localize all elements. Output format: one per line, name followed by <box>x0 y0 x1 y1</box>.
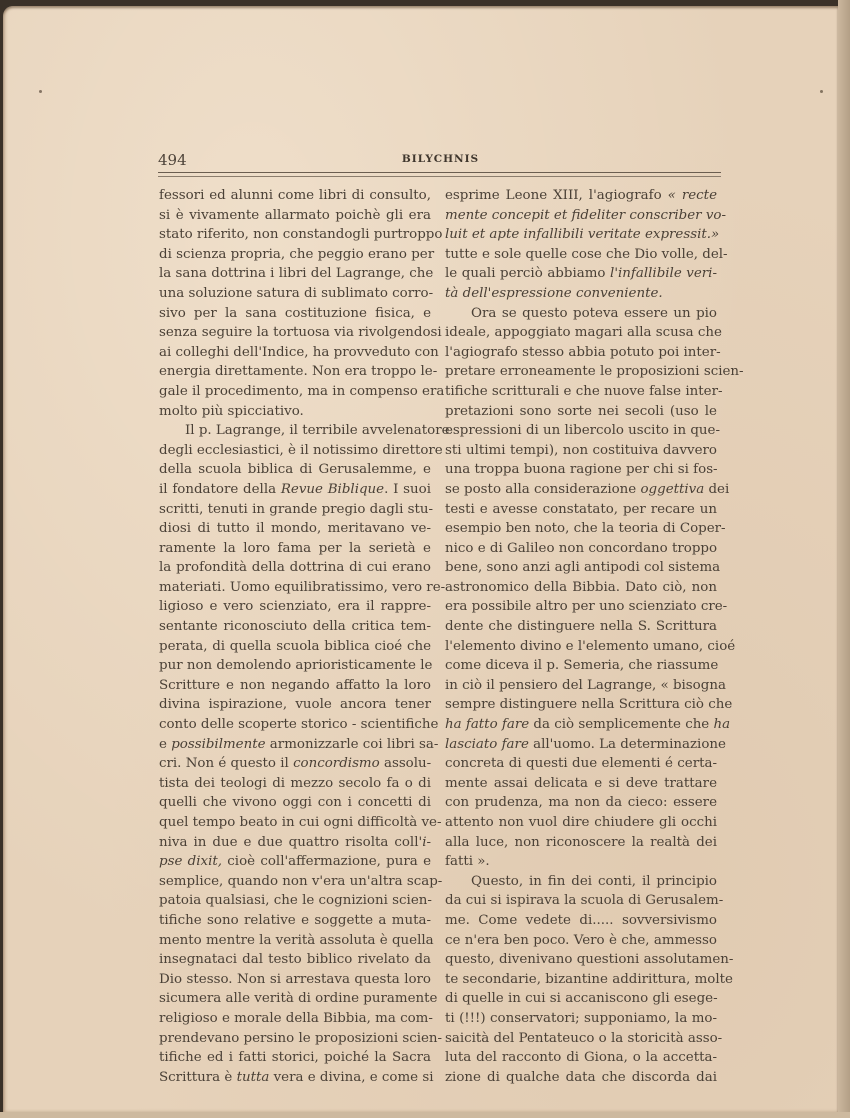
text-line: questo, divenivano questioni assolutamen… <box>445 950 717 970</box>
text-line: tista dei teologi di mezzo secolo fa o d… <box>159 774 431 794</box>
text-line: se posto alla considerazione oggettiva d… <box>445 480 717 500</box>
text-line: conto delle scoperte storico - scientifi… <box>159 715 431 735</box>
italic-word: possibilmente <box>171 737 265 752</box>
text-line: te secondarie, bizantine addirittura, mo… <box>445 970 717 990</box>
header-rule <box>158 172 721 177</box>
text-line: di quelle in cui si accaniscono gli eseg… <box>445 989 717 1009</box>
text-line: stato riferito, non constandogli purtrop… <box>159 225 431 245</box>
text-line: pse dixit, cioè coll'affermazione, pura … <box>159 852 431 872</box>
text-line: senza seguire la tortuosa via rivolgendo… <box>159 323 431 343</box>
ink-speck <box>820 90 823 93</box>
text-segment: assolu- <box>380 756 431 771</box>
text-line: sempre distinguere nella Scrittura ciò c… <box>445 695 717 715</box>
text-line: da cui si ispirava la scuola di Gerusale… <box>445 891 717 911</box>
text-line: fatti ». <box>445 852 717 872</box>
paragraph-start: Ora se questo poteva essere un pio <box>445 304 717 324</box>
text-line: prendevano persino le proposizioni scien… <box>159 1029 431 1049</box>
italic-word: pse dixit, <box>159 854 222 869</box>
text-line: sti ultimi tempi), non costituiva davver… <box>445 441 717 461</box>
text-line: le quali perciò abbiamo l'infallibile ve… <box>445 264 717 284</box>
text-line: ligioso e vero scienziato, era il rappre… <box>159 597 431 617</box>
text-line: gale il procedimento, ma in compenso era <box>159 382 431 402</box>
paragraph-start: Questo, in fin dei conti, il principio <box>445 872 717 892</box>
left-column: fessori ed alunni come libri di consulto… <box>159 186 431 1087</box>
text-line: religioso e morale della Bibbia, ma com- <box>159 1009 431 1029</box>
text-line: lasciato fare all'uomo. La determinazion… <box>445 735 717 755</box>
text-line: testi e avesse constatato, per recare un <box>445 500 717 520</box>
paragraph-start: Il p. Lagrange, il terribile avvelenator… <box>159 421 431 441</box>
italic-word: ha <box>714 717 731 732</box>
text-line: luta del racconto di Giona, o la accetta… <box>445 1048 717 1068</box>
text-line: ti (!!!) conservatori; supponiamo, la mo… <box>445 1009 717 1029</box>
text-line: l'agiografo stesso abbia potuto poi inte… <box>445 343 717 363</box>
text-line: tifiche ed i fatti storici, poiché la Sa… <box>159 1048 431 1068</box>
text-line: tutte e sole quelle cose che Dio volle, … <box>445 245 717 265</box>
text-segment: cioè coll'affermazione, pura e <box>222 854 431 869</box>
text-line: insegnataci dal testo biblico rivelato d… <box>159 950 431 970</box>
text-line: nico e di Galileo non concordano troppo <box>445 539 717 559</box>
text-line: patoia qualsiasi, che le cognizioni scie… <box>159 891 431 911</box>
text-line: il fondatore della Revue Biblique. I suo… <box>159 480 431 500</box>
text-line: sentante riconosciuto della critica tem- <box>159 617 431 637</box>
text-segment: e <box>159 737 171 752</box>
text-line: sicumera alle verità di ordine puramente <box>159 989 431 1009</box>
italic-word: i- <box>422 835 431 850</box>
text-line: alla luce, non riconoscere la realtà dei <box>445 833 717 853</box>
italic-phrase: ha fatto fare <box>445 717 529 732</box>
text-line: e possibilmente armonizzarle coi libri s… <box>159 735 431 755</box>
latin-quote: « recte <box>668 188 717 203</box>
text-segment: cri. Non é questo il <box>159 756 293 771</box>
text-segment: Scrittura è <box>159 1070 237 1085</box>
text-line: mente assai delicata e si deve trattare <box>445 774 717 794</box>
text-segment: . I suoi <box>384 482 431 497</box>
text-line: divina ispirazione, vuole ancora tener <box>159 695 431 715</box>
text-line: pretazioni sono sorte nei secoli (uso le <box>445 402 717 422</box>
text-line: Scritture e non negando affatto la loro <box>159 676 431 696</box>
text-line: con prudenza, ma non da cieco: essere <box>445 793 717 813</box>
text-line: Scrittura è tutta vera e divina, e come … <box>159 1068 431 1088</box>
text-line: pur non demolendo aprioristicamente le <box>159 656 431 676</box>
text-line: materiati. Uomo equilibratissimo, vero r… <box>159 578 431 598</box>
text-line: pretare erroneamente le proposizioni sci… <box>445 362 717 382</box>
text-line: mento mentre la verità assoluta è quella <box>159 931 431 951</box>
text-line: ce n'era ben poco. Vero è che, ammesso <box>445 931 717 951</box>
text-segment: vera e divina, e come si <box>269 1070 433 1085</box>
text-line: niva in due e due quattro risolta coll'i… <box>159 833 431 853</box>
text-line: la sana dottrina i libri del Lagrange, c… <box>159 264 431 284</box>
text-line: era possibile altro per uno scienziato c… <box>445 597 717 617</box>
text-segment: se posto alla considerazione <box>445 482 640 497</box>
text-line: di scienza propria, che peggio erano per <box>159 245 431 265</box>
text-segment: il fondatore della <box>159 482 281 497</box>
text-line: saicità del Pentateuco o la storicità as… <box>445 1029 717 1049</box>
text-line: esprime Leone XIII, l'agiografo « recte <box>445 186 717 206</box>
text-segment: esprime Leone XIII, l'agiografo <box>445 188 668 203</box>
text-line: tifiche sono relative e soggette a muta- <box>159 911 431 931</box>
text-line: perata, di quella scuola biblica cioé ch… <box>159 637 431 657</box>
text-segment: armonizzarle coi libri sa- <box>266 737 439 752</box>
text-segment: all'uomo. La determinazione <box>529 737 726 752</box>
italic-phrase: lasciato fare <box>445 737 529 752</box>
text-line: ideale, appoggiato magari alla scusa che <box>445 323 717 343</box>
text-line: semplice, quando non v'era un'altra scap… <box>159 872 431 892</box>
text-line: cri. Non é questo il concordismo assolu- <box>159 754 431 774</box>
text-segment: da ciò semplicemente che <box>529 717 713 732</box>
text-line: molto più spicciativo. <box>159 402 431 422</box>
text-line: la profondità della dottrina di cui eran… <box>159 558 431 578</box>
right-column: esprime Leone XIII, l'agiografo « recte … <box>445 186 717 1087</box>
text-segment: le quali perciò abbiamo <box>445 266 610 281</box>
text-line: ha fatto fare da ciò semplicemente che h… <box>445 715 717 735</box>
italic-phrase: tà dell'espressione conveniente. <box>445 284 717 304</box>
text-line: concreta di questi due elementi é certa- <box>445 754 717 774</box>
text-line: della scuola biblica di Gerusalemme, e <box>159 460 431 480</box>
text-line: in ciò il pensiero del Lagrange, « bisog… <box>445 676 717 696</box>
text-line: Dio stesso. Non si arrestava questa loro <box>159 970 431 990</box>
text-segment: dei <box>704 482 729 497</box>
text-line: sivo per la sana costituzione fisica, e <box>159 304 431 324</box>
text-line: ai colleghi dell'Indice, ha provveduto c… <box>159 343 431 363</box>
running-title: BILYCHNIS <box>158 153 723 165</box>
text-line: esempio ben noto, che la teoria di Coper… <box>445 519 717 539</box>
text-line: bene, sono anzi agli antipodi col sistem… <box>445 558 717 578</box>
text-line: espressioni di un libercolo uscito in qu… <box>445 421 717 441</box>
text-line: ramente la loro fama per la serietà e <box>159 539 431 559</box>
text-line: quelli che vivono oggi con i concetti di <box>159 793 431 813</box>
text-line: si è vivamente allarmato poichè gli era <box>159 206 431 226</box>
latin-quote: luit et apte infallibili veritate expres… <box>445 225 717 245</box>
page-edge <box>838 0 850 1118</box>
text-line: fessori ed alunni come libri di consulto… <box>159 186 431 206</box>
text-line: diosi di tutto il mondo, meritavano ve- <box>159 519 431 539</box>
page-header: 494 BILYCHNIS <box>158 151 723 173</box>
text-line: una soluzione satura di sublimato corro- <box>159 284 431 304</box>
text-line: degli ecclesiastici, è il notissimo dire… <box>159 441 431 461</box>
italic-word: concordismo <box>293 756 380 771</box>
italic-word: tutta <box>237 1070 270 1085</box>
italic-phrase: l'infallibile veri- <box>610 266 717 281</box>
text-line: zione di qualche data che discorda dai <box>445 1068 717 1088</box>
text-line: attento non vuol dire chiudere gli occhi <box>445 813 717 833</box>
text-line: quel tempo beato in cui ogni difficoltà … <box>159 813 431 833</box>
text-line: me. Come vedete di..... sovversivismo <box>445 911 717 931</box>
page-bottom-edge <box>0 1112 850 1118</box>
text-line: l'elemento divino e l'elemento umano, ci… <box>445 637 717 657</box>
book-page: 494 BILYCHNIS fessori ed alunni come lib… <box>3 6 838 1112</box>
text-line: scritti, tenuti in grande pregio dagli s… <box>159 500 431 520</box>
latin-quote: mente concepit et fideliter conscriber v… <box>445 206 717 226</box>
italic-title: Revue Biblique <box>281 482 384 497</box>
text-segment: niva in due e due quattro risolta coll' <box>159 835 422 850</box>
text-line: una troppa buona ragione per chi si fos- <box>445 460 717 480</box>
text-line: dente che distinguere nella S. Scrittura <box>445 617 717 637</box>
text-line: come diceva il p. Semeria, che riassume <box>445 656 717 676</box>
text-line: astronomico della Bibbia. Dato ciò, non <box>445 578 717 598</box>
text-line: energia direttamente. Non era troppo le- <box>159 362 431 382</box>
italic-word: oggettiva <box>640 482 704 497</box>
text-line: tifiche scritturali e che nuove false in… <box>445 382 717 402</box>
ink-speck <box>39 90 42 93</box>
